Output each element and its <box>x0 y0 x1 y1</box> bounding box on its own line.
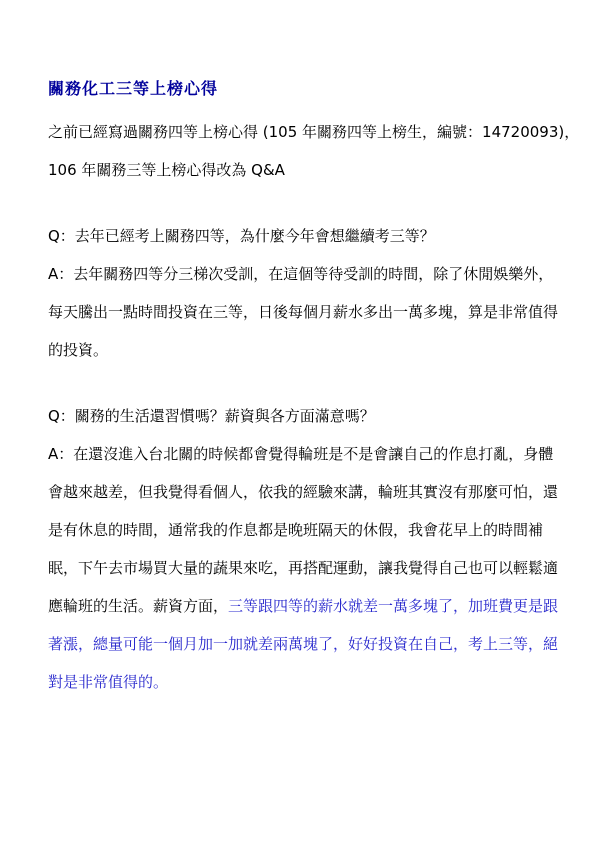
text-segment: 之前已經寫過關務四等上榜心得 (105 年關務四等上榜生，編號：14720093… <box>48 123 579 141</box>
text-segment: 眠，下午去市場買大量的蔬果來吃，再搭配運動，讓我覺得自己也可以輕鬆適 <box>48 559 558 577</box>
text-line: 對是非常值得的。 <box>48 663 550 701</box>
text-line: 應輪班的生活。薪資方面，三等跟四等的薪水就差一萬多塊了，加班費更是跟 <box>48 587 550 625</box>
text-line: Q：關務的生活還習慣嗎？薪資與各方面滿意嗎？ <box>48 397 550 435</box>
text-line: 會越來越差，但我覺得看個人，依我的經驗來講，輪班其實沒有那麼可怕，還 <box>48 473 550 511</box>
paragraph-qa-1: Q：去年已經考上關務四等，為什麼今年會想繼續考三等？A：去年關務四等分三梯次受訓… <box>48 217 550 369</box>
document-page: 關務化工三等上榜心得 之前已經寫過關務四等上榜心得 (105 年關務四等上榜生，… <box>0 0 600 848</box>
text-segment: 的投資。 <box>48 341 108 359</box>
paragraph-intro: 之前已經寫過關務四等上榜心得 (105 年關務四等上榜生，編號：14720093… <box>48 113 550 189</box>
text-line: Q：去年已經考上關務四等，為什麼今年會想繼續考三等？ <box>48 217 550 255</box>
text-line: 的投資。 <box>48 331 550 369</box>
text-line: 每天騰出一點時間投資在三等，日後每個月薪水多出一萬多塊，算是非常值得 <box>48 293 550 331</box>
text-segment: 每天騰出一點時間投資在三等，日後每個月薪水多出一萬多塊，算是非常值得 <box>48 303 558 321</box>
text-line: 是有休息的時間，通常我的作息都是晚班隔天的休假，我會花早上的時間補 <box>48 511 550 549</box>
text-segment: Q：去年已經考上關務四等，為什麼今年會想繼續考三等？ <box>48 227 435 245</box>
text-segment: 會越來越差，但我覺得看個人，依我的經驗來講，輪班其實沒有那麼可怕，還 <box>48 483 558 501</box>
text-segment: 是有休息的時間，通常我的作息都是晚班隔天的休假，我會花早上的時間補 <box>48 521 543 539</box>
text-line: 106 年關務三等上榜心得改為 Q&A <box>48 151 550 189</box>
text-segment: 應輪班的生活。薪資方面， <box>48 597 228 615</box>
highlighted-text-segment: 對是非常值得的。 <box>48 673 168 691</box>
text-line: 之前已經寫過關務四等上榜心得 (105 年關務四等上榜生，編號：14720093… <box>48 113 550 151</box>
text-line: 眠，下午去市場買大量的蔬果來吃，再搭配運動，讓我覺得自己也可以輕鬆適 <box>48 549 550 587</box>
document-title: 關務化工三等上榜心得 <box>48 78 550 100</box>
paragraph-qa-2: Q：關務的生活還習慣嗎？薪資與各方面滿意嗎？A：在還沒進入台北關的時候都會覺得輪… <box>48 397 550 701</box>
text-line: A：在還沒進入台北關的時候都會覺得輪班是不是會讓自己的作息打亂，身體 <box>48 435 550 473</box>
highlighted-text-segment: 著漲，總量可能一個月加一加就差兩萬塊了，好好投資在自己，考上三等，絕 <box>48 635 558 653</box>
highlighted-text-segment: 三等跟四等的薪水就差一萬多塊了，加班費更是跟 <box>228 597 558 615</box>
text-segment: A：去年關務四等分三梯次受訓，在這個等待受訓的時間，除了休閒娛樂外， <box>48 265 553 283</box>
document-body: 之前已經寫過關務四等上榜心得 (105 年關務四等上榜生，編號：14720093… <box>48 113 550 701</box>
text-segment: 106 年關務三等上榜心得改為 Q&A <box>48 161 285 179</box>
text-segment: Q：關務的生活還習慣嗎？薪資與各方面滿意嗎？ <box>48 407 375 425</box>
text-line: 著漲，總量可能一個月加一加就差兩萬塊了，好好投資在自己，考上三等，絕 <box>48 625 550 663</box>
text-line: A：去年關務四等分三梯次受訓，在這個等待受訓的時間，除了休閒娛樂外， <box>48 255 550 293</box>
text-segment: A：在還沒進入台北關的時候都會覺得輪班是不是會讓自己的作息打亂，身體 <box>48 445 553 463</box>
